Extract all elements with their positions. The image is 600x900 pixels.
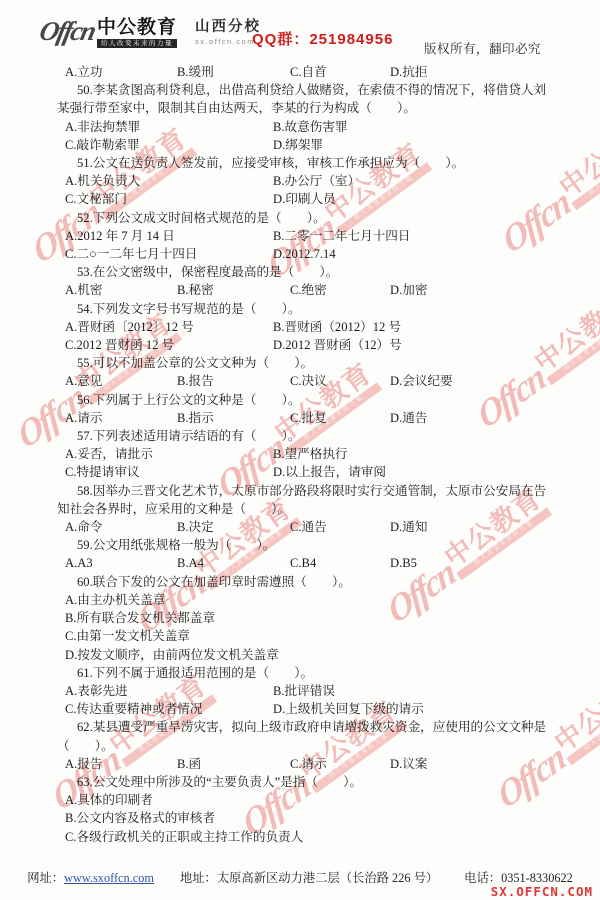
question-stem-line: 58.因举办三晋文化艺术节，太原市部分路段将限时实行交通管制，太原市公安局在告: [57, 482, 543, 500]
option-item: C.由第一发文机关盖章: [65, 627, 543, 645]
question-stem-line: 51.公文在送负责人签发前，应接受审核，审核工作承担应为（ ）。: [57, 154, 543, 172]
question-stem-line: 57.下列表述适用请示结语的有（ ）。: [57, 427, 543, 445]
option-row: B.所有联合发文机关都盖章: [65, 609, 543, 627]
option-item: A.具体的印刷者: [65, 791, 543, 809]
question-stem-line: 50.李某贪图高利贷利息，出借高利贷给人做赌资，在索债不得的情况下，将借贷人刘: [57, 81, 543, 99]
question-stem-line: 52.下列公文成文时间格式规范的是（ ）。: [57, 209, 543, 227]
question-stem-line: 63.公文处理中所涉及的“主要负责人”是指（ ）。: [57, 773, 543, 791]
option-item: A.请示: [65, 409, 177, 427]
option-item: D.绑架罪: [273, 136, 543, 154]
option-row: A.妥否，请批示B.望严格执行: [65, 445, 543, 463]
option-item: B.批评错误: [273, 682, 543, 700]
option-item: C.决议: [290, 372, 390, 390]
question-stem-line: 55.可以不加盖公章的公文文种为（ ）。: [57, 354, 543, 372]
option-item: A.由主办机关盖章: [65, 591, 543, 609]
option-item: D.抗拒: [390, 63, 543, 81]
copyright-notice: 版权所有，翻印必究: [424, 39, 541, 57]
option-row: A.命令B.决定C.通告D.通知: [65, 518, 543, 536]
question-stem-line: 61.下列不属于通报适用范围的是（ ）。: [57, 664, 543, 682]
question-stem-line: 59.公文用纸张规格一般为（ ）。: [57, 536, 543, 554]
option-item: B.决定: [177, 518, 290, 536]
option-row: C.2012 晋财函 12 号D.2012 晋财函（12）号: [65, 336, 543, 354]
option-item: A.表彰先进: [65, 682, 273, 700]
option-item: D.会议纪要: [390, 372, 543, 390]
option-row: C.由第一发文机关盖章: [65, 627, 543, 645]
option-item: A.命令: [65, 518, 177, 536]
question-stem-line: 56.下列属于上行公文的文种是（ ）。: [57, 391, 543, 409]
watermark-tagline-bar: 给人改变未来的力量: [572, 137, 600, 210]
site-badge: SX.OFFCN.COM: [491, 884, 593, 899]
option-item: D.通知: [390, 518, 543, 536]
option-row: B.公文内容及格式的审核者: [65, 809, 543, 827]
question-stem-line: 53.在公文密级中，保密程度最高的是（ ）。: [57, 263, 543, 281]
option-item: C.文秘部门: [65, 190, 273, 208]
option-item: B.望严格执行: [273, 445, 543, 463]
option-row: A.立功B.缓刑C.自首D.抗拒: [65, 63, 543, 81]
option-item: C.绝密: [290, 281, 390, 299]
option-item: B.二零一二年七月十四日: [273, 227, 543, 245]
question-stem-line: 54.下列发文字号书写规范的是（ ）。: [57, 300, 543, 318]
option-item: C.B4: [290, 554, 390, 572]
qq-group-label: QQ群：251984956: [252, 28, 393, 49]
option-item: B.A4: [177, 554, 290, 572]
watermark-brand-text: 中公教育: [555, 114, 600, 202]
watermark-brand-text: 中公教育: [550, 669, 600, 757]
option-item: D.按发文顺序，由前两位发文机关盖章: [65, 646, 543, 664]
option-row: C.特提请审议D.以上报告，请审阅: [65, 463, 543, 481]
website-segment: 网址：www.sxoffcn.com: [27, 868, 154, 886]
option-item: C.批复: [290, 409, 390, 427]
option-item: D.B5: [390, 554, 543, 572]
logo-brand-name: 中公教育: [97, 18, 177, 38]
option-item: A.机密: [65, 281, 177, 299]
option-row: A.表彰先进B.批评错误: [65, 682, 543, 700]
option-item: A.晋财函〔2012〕12 号: [65, 318, 273, 336]
option-item: C.各级行政机关的正职或主持工作的负责人: [65, 828, 543, 846]
offcn-logo: Offcn 中公教育 给人改变未来的力量 山西分校 sx.offcn.com: [40, 16, 261, 48]
option-item: D.2012.7.14: [273, 245, 543, 263]
option-row: C.二○一二年七月十四日D.2012.7.14: [65, 245, 543, 263]
page-header: Offcn 中公教育 给人改变未来的力量 山西分校 sx.offcn.com Q…: [0, 0, 600, 58]
option-item: A.2012 年 7 月 14 日: [65, 227, 273, 245]
option-item: D.上级机关回复下级的请示: [273, 700, 543, 718]
option-row: A.2012 年 7 月 14 日B.二零一二年七月十四日: [65, 227, 543, 245]
option-item: B.办公厅（室）: [273, 172, 543, 190]
option-row: A.由主办机关盖章: [65, 591, 543, 609]
question-stem-line: （ ）。: [57, 737, 543, 755]
option-item: C.二○一二年七月十四日: [65, 245, 273, 263]
option-item: B.所有联合发文机关都盖章: [65, 609, 543, 627]
option-item: C.通告: [290, 518, 390, 536]
option-row: A.具体的印刷者: [65, 791, 543, 809]
option-item: A.非法拘禁罪: [65, 118, 273, 136]
option-row: A.晋财函〔2012〕12 号B.晋财函（2012）12 号: [65, 318, 543, 336]
website-label: 网址：: [27, 871, 64, 885]
option-row: A.机关负责人B.办公厅（室）: [65, 172, 543, 190]
option-row: A.意见B.报告C.决议D.会议纪要: [65, 372, 543, 390]
branch-block: 山西分校 sx.offcn.com: [186, 19, 261, 46]
question-stem-line: 60.联合下发的公文在加盖印章时需遵照（ ）。: [57, 573, 543, 591]
logo-text-stack: 中公教育 给人改变未来的力量: [97, 18, 177, 48]
option-item: A.妥否，请批示: [65, 445, 273, 463]
option-row: A.请示B.指示C.批复D.通告: [65, 409, 543, 427]
option-item: B.指示: [177, 409, 290, 427]
option-row: A.A3B.A4C.B4D.B5: [65, 554, 543, 572]
question-stem-line: 62.某县遭受严重旱涝灾害，拟向上级市政府申请增拨救灾资金，应使用的公文文种是: [57, 718, 543, 736]
option-item: D.通告: [390, 409, 543, 427]
option-row: C.传达重要精神或者情况D.上级机关回复下级的请示: [65, 700, 543, 718]
option-item: C.敲诈勒索罪: [65, 136, 273, 154]
option-item: A.意见: [65, 372, 177, 390]
logo-tagline: 给人改变未来的力量: [97, 39, 177, 48]
option-row: A.报告B.函C.请示D.议案: [65, 755, 543, 773]
option-row: A.非法拘禁罪B.故意伤害罪: [65, 118, 543, 136]
address-text: 地址：太原高新区动力港二层（长治路 226 号）: [180, 868, 438, 886]
option-item: C.请示: [290, 755, 390, 773]
option-item: D.2012 晋财函（12）号: [273, 336, 543, 354]
option-item: B.函: [177, 755, 290, 773]
option-item: A.机关负责人: [65, 172, 273, 190]
option-row: C.各级行政机关的正职或主持工作的负责人: [65, 828, 543, 846]
exam-question-body: A.立功B.缓刑C.自首D.抗拒50.李某贪图高利贷利息，出借高利贷给人做赌资，…: [57, 63, 543, 846]
option-item: D.加密: [390, 281, 543, 299]
watermark-tagline-bar: 给人改变未来的力量: [547, 312, 600, 385]
offcn-script-logo: Offcn: [37, 16, 97, 46]
option-row: D.按发文顺序，由前两位发文机关盖章: [65, 646, 543, 664]
option-item: C.自首: [290, 63, 390, 81]
exam-paper-page: Offcn中公教育给人改变未来的力量Offcn中公教育给人改变未来的力量Offc…: [0, 0, 600, 900]
option-item: D.以上报告，请审阅: [273, 463, 543, 481]
option-row: C.敲诈勒索罪D.绑架罪: [65, 136, 543, 154]
option-item: B.故意伤害罪: [273, 118, 543, 136]
option-item: A.立功: [65, 63, 177, 81]
option-item: B.缓刑: [177, 63, 290, 81]
option-item: B.秘密: [177, 281, 290, 299]
question-stem-line: 某强行带至家中，限制其自由达两天，李某的行为构成（ ）。: [57, 99, 543, 117]
website-link[interactable]: www.sxoffcn.com: [64, 871, 154, 885]
option-item: B.公文内容及格式的审核者: [65, 809, 543, 827]
question-stem-line: 知社会各界时，应采用的文种是（ ）。: [57, 500, 543, 518]
option-item: A.A3: [65, 554, 177, 572]
option-row: C.文秘部门D.印刷人员: [65, 190, 543, 208]
option-item: C.2012 晋财函 12 号: [65, 336, 273, 354]
option-item: B.报告: [177, 372, 290, 390]
option-item: C.特提请审议: [65, 463, 273, 481]
option-row: A.机密B.秘密C.绝密D.加密: [65, 281, 543, 299]
watermark-tagline-bar: 给人改变未来的力量: [567, 692, 600, 765]
option-item: A.报告: [65, 755, 177, 773]
option-item: D.议案: [390, 755, 543, 773]
option-item: D.印刷人员: [273, 190, 543, 208]
option-item: C.传达重要精神或者情况: [65, 700, 273, 718]
option-item: B.晋财函（2012）12 号: [273, 318, 543, 336]
